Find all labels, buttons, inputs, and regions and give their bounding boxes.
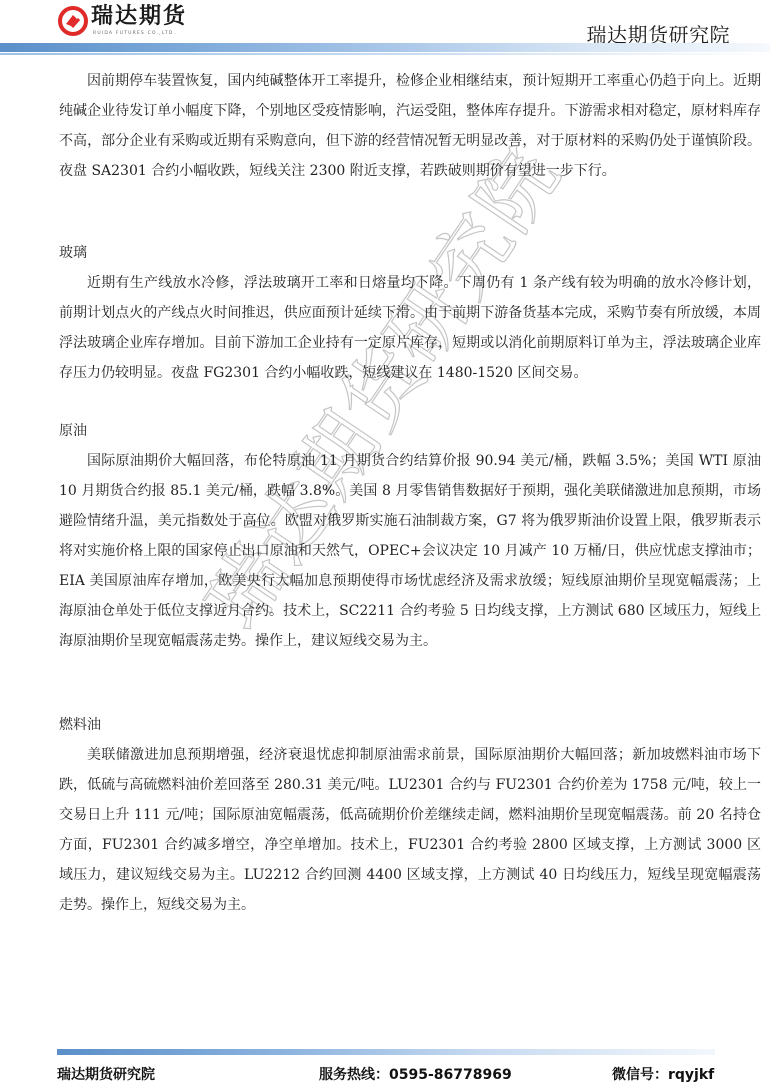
report-body: 因前期停车装置恢复，国内纯碱整体开工率提升，检修企业相继结束，预计短期开工率重心… — [59, 66, 761, 920]
section-paragraph: 美联储激进加息预期增强，经济衰退忧虑抑制原油需求前景，国际原油期价大幅回落；新加… — [59, 740, 761, 920]
section-heading: 原油 — [59, 416, 761, 446]
section-paragraph: 因前期停车装置恢复，国内纯碱整体开工率提升，检修企业相继结束，预计短期开工率重心… — [59, 66, 761, 186]
section-soda-ash: 因前期停车装置恢复，国内纯碱整体开工率提升，检修企业相继结束，预计短期开工率重心… — [59, 66, 761, 186]
section-heading: 玻璃 — [59, 238, 761, 268]
logo-name-cn: 瑞达期货 — [91, 4, 187, 30]
footer-hotline: 服务热线：0595-86778969 — [319, 1064, 512, 1084]
section-fuel-oil: 燃料油 美联储激进加息预期增强，经济衰退忧虑抑制原油需求前景，国际原油期价大幅回… — [59, 710, 761, 920]
page-footer: 瑞达期货研究院 服务热线：0595-86778969 微信号：rqyjkf — [57, 1064, 717, 1086]
logo-name-en: RUIDA FUTURES CO.,LTD. — [93, 31, 187, 36]
section-crude-oil: 原油 国际原油期价大幅回落，布伦特原油 11 月期货合约结算价报 90.94 美… — [59, 416, 761, 656]
header-gradient-bar — [0, 43, 770, 52]
ruida-logo-icon — [58, 6, 88, 36]
footer-gradient-bar — [57, 1049, 715, 1055]
footer-org: 瑞达期货研究院 — [57, 1064, 155, 1084]
page-header: 瑞达期货 RUIDA FUTURES CO.,LTD. 瑞达期货研究院 — [0, 0, 770, 62]
section-glass: 玻璃 近期有生产线放水冷修，浮法玻璃开工率和日熔量均下降。下周仍有 1 条产线有… — [59, 238, 761, 388]
section-paragraph: 近期有生产线放水冷修，浮法玻璃开工率和日熔量均下降。下周仍有 1 条产线有较为明… — [59, 268, 761, 388]
section-paragraph: 国际原油期价大幅回落，布伦特原油 11 月期货合约结算价报 90.94 美元/桶… — [59, 446, 761, 656]
footer-wechat: 微信号：rqyjkf — [612, 1064, 714, 1084]
header-divider — [0, 53, 770, 55]
company-logo: 瑞达期货 RUIDA FUTURES CO.,LTD. — [58, 4, 187, 40]
section-heading: 燃料油 — [59, 710, 761, 740]
